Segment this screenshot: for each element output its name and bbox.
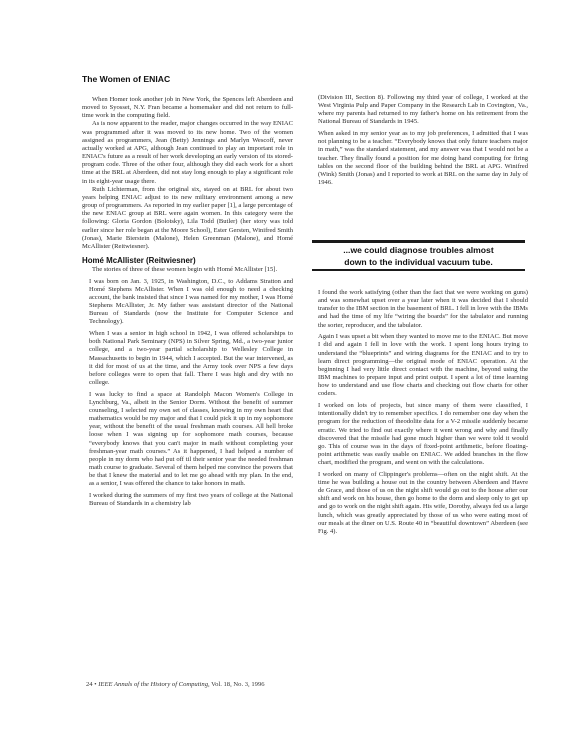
right-column-top: (Division III, Section 8). Following my … <box>318 94 528 187</box>
quoted-paragraph: I worked on lots of projects, but since … <box>318 402 528 467</box>
quoted-paragraph: When I was a senior in high school in 19… <box>82 330 293 387</box>
journal-page: The Women of ENIAC When Homer took anoth… <box>0 0 583 750</box>
subheading: Homé McAllister (Reitwiesner) <box>82 256 293 265</box>
page-footer: 24 • IEEE Annals of the History of Compu… <box>86 681 265 688</box>
quoted-paragraph: I found the work satisfying (other than … <box>318 289 528 330</box>
quoted-paragraph: I worked during the summers of my first … <box>82 492 293 508</box>
paragraph: As is now apparent to the reader, major … <box>82 120 293 185</box>
quoted-paragraph: I was born on Jan. 3, 1925, in Washingto… <box>82 278 293 327</box>
section-title: The Women of ENIAC <box>82 74 170 84</box>
journal-title: IEEE Annals of the History of Computing <box>98 681 208 688</box>
quoted-paragraph: I worked on many of Clippinger's problem… <box>318 471 528 536</box>
pull-quote-line: down to the individual vacuum tube. <box>312 257 525 269</box>
bullet-separator: • <box>94 681 96 688</box>
pull-quote-line: ...we could diagnose troubles almost <box>312 245 525 257</box>
pull-quote: ...we could diagnose troubles almost dow… <box>312 240 525 271</box>
quoted-paragraph: When asked in my senior year as to my jo… <box>318 130 528 187</box>
quoted-paragraph: I was lucky to find a space at Randolph … <box>82 391 293 489</box>
pull-quote-bottom-rule <box>312 269 525 271</box>
paragraph: The stories of three of these women begi… <box>82 266 293 274</box>
right-column-bottom: I found the work satisfying (other than … <box>318 289 528 536</box>
issue-info: , Vol. 18, No. 3, 1996 <box>208 681 265 688</box>
quoted-paragraph: (Division III, Section 8). Following my … <box>318 94 528 127</box>
page-number: 24 <box>86 681 93 688</box>
pull-quote-text: ...we could diagnose troubles almost dow… <box>312 243 525 269</box>
left-column: When Homer took another job in New York,… <box>82 96 293 508</box>
paragraph: Ruth Lichterman, from the original six, … <box>82 186 293 251</box>
quoted-paragraph: Again I was upset a bit when they wanted… <box>318 333 528 398</box>
paragraph: When Homer took another job in New York,… <box>82 96 293 120</box>
